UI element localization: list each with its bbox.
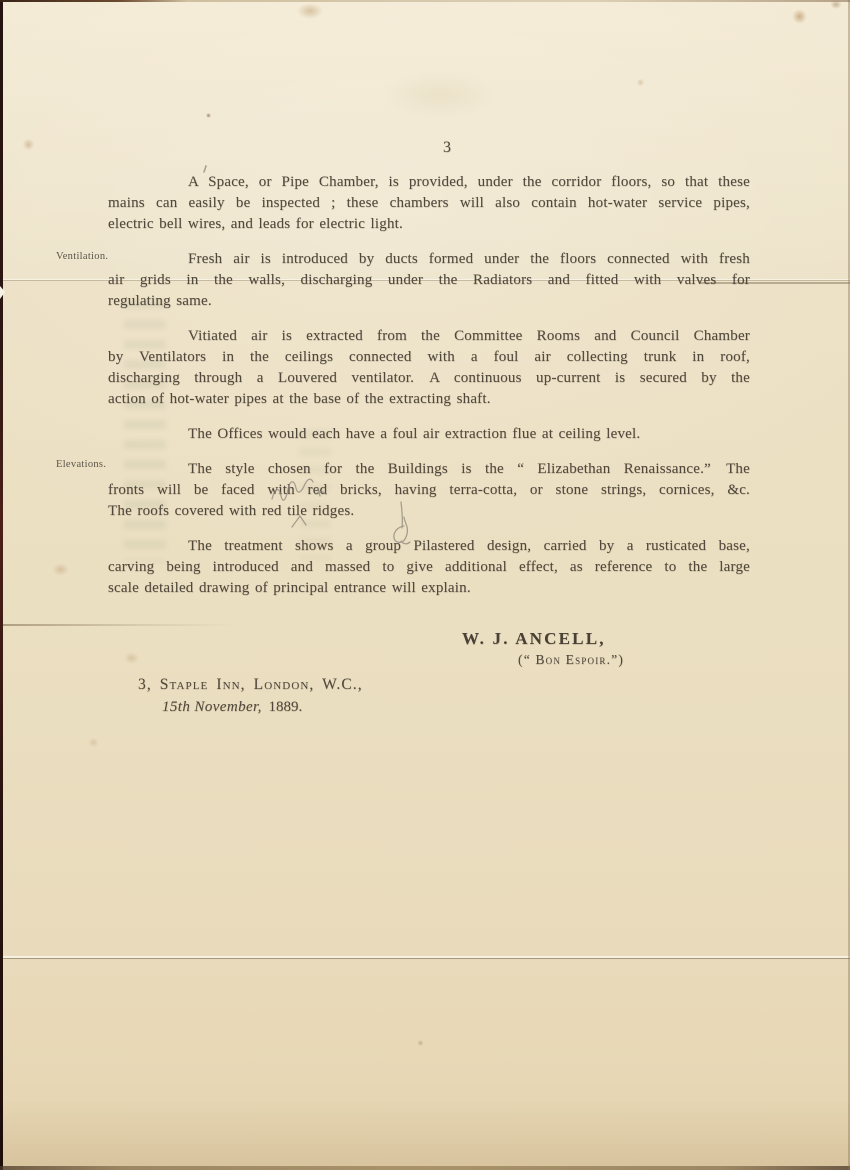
stain xyxy=(52,563,69,576)
stain xyxy=(380,70,500,120)
body-text: A Space, or Pipe Chamber, is provided, u… xyxy=(108,172,750,613)
text-line: The treatment shows a group Pilastered d… xyxy=(108,536,750,557)
fold-crease xyxy=(0,956,850,960)
address-line: 3, Staple Inn, London, W.C., xyxy=(138,676,363,694)
paragraph-offices: The Offices would each have a foul air e… xyxy=(108,424,750,445)
stain xyxy=(297,3,323,19)
paper-tint-bottom xyxy=(0,1100,850,1170)
stain xyxy=(636,79,645,86)
text-line: action of hot-water pipes at the base of… xyxy=(108,389,750,410)
text-line: The roofs covered with red tile ridges. xyxy=(108,501,750,522)
text-line: The style chosen for the Buildings is th… xyxy=(108,459,750,480)
margin-note-ventilation: Ventilation. xyxy=(56,251,108,262)
text-line: carving being introduced and massed to g… xyxy=(108,557,750,578)
stain xyxy=(22,139,35,150)
text-line: by Ventilators in the ceilings connected… xyxy=(108,347,750,368)
text-line: A Space, or Pipe Chamber, is provided, u… xyxy=(108,172,750,193)
text-line: Vitiated air is extracted from the Commi… xyxy=(108,326,750,347)
paper-edge-bottom xyxy=(0,1166,850,1170)
stain xyxy=(417,1040,424,1046)
text-line: scale detailed drawing of principal entr… xyxy=(108,578,750,599)
text-line: Fresh air is introduced by ducts formed … xyxy=(108,249,750,270)
text-line: fronts will be faced with red bricks, ha… xyxy=(108,480,750,501)
document-page: 3 Ventilation. Elevations. A Space, or P… xyxy=(0,0,850,1170)
signature-name: W. J. ANCELL, xyxy=(462,629,606,649)
stain xyxy=(88,738,99,747)
paragraph-vitiated-air: Vitiated air is extracted from the Commi… xyxy=(108,326,750,410)
fold-crease xyxy=(0,624,240,626)
paper-edge-top xyxy=(0,0,850,2)
date-year: 1889. xyxy=(269,699,303,715)
paragraph-style: The style chosen for the Buildings is th… xyxy=(108,459,750,522)
stain xyxy=(792,9,807,24)
text-line: regulating same. xyxy=(108,291,750,312)
page-number: 3 xyxy=(433,139,461,157)
paragraph-treatment: The treatment shows a group Pilastered d… xyxy=(108,536,750,599)
paragraph-pipe-chamber: A Space, or Pipe Chamber, is provided, u… xyxy=(108,172,750,235)
margin-note-elevations: Elevations. xyxy=(56,459,106,470)
text-line: discharging through a Louvered ventilato… xyxy=(108,368,750,389)
text-line: The Offices would each have a foul air e… xyxy=(108,424,750,445)
text-line: mains can easily be inspected ; these ch… xyxy=(108,193,750,214)
date-line: 15th November, 1889. xyxy=(162,699,302,716)
text-line: air grids in the walls, discharging unde… xyxy=(108,270,750,291)
stain xyxy=(124,652,139,664)
stain xyxy=(206,113,211,118)
text-line: electric bell wires, and leads for elect… xyxy=(108,214,750,235)
paper-edge-left xyxy=(0,0,3,1170)
date-day-month: 15th November, xyxy=(162,699,262,715)
paragraph-fresh-air: Fresh air is introduced by ducts formed … xyxy=(108,249,750,312)
signature-motto: (“ Bon Espoir.”) xyxy=(518,652,624,668)
